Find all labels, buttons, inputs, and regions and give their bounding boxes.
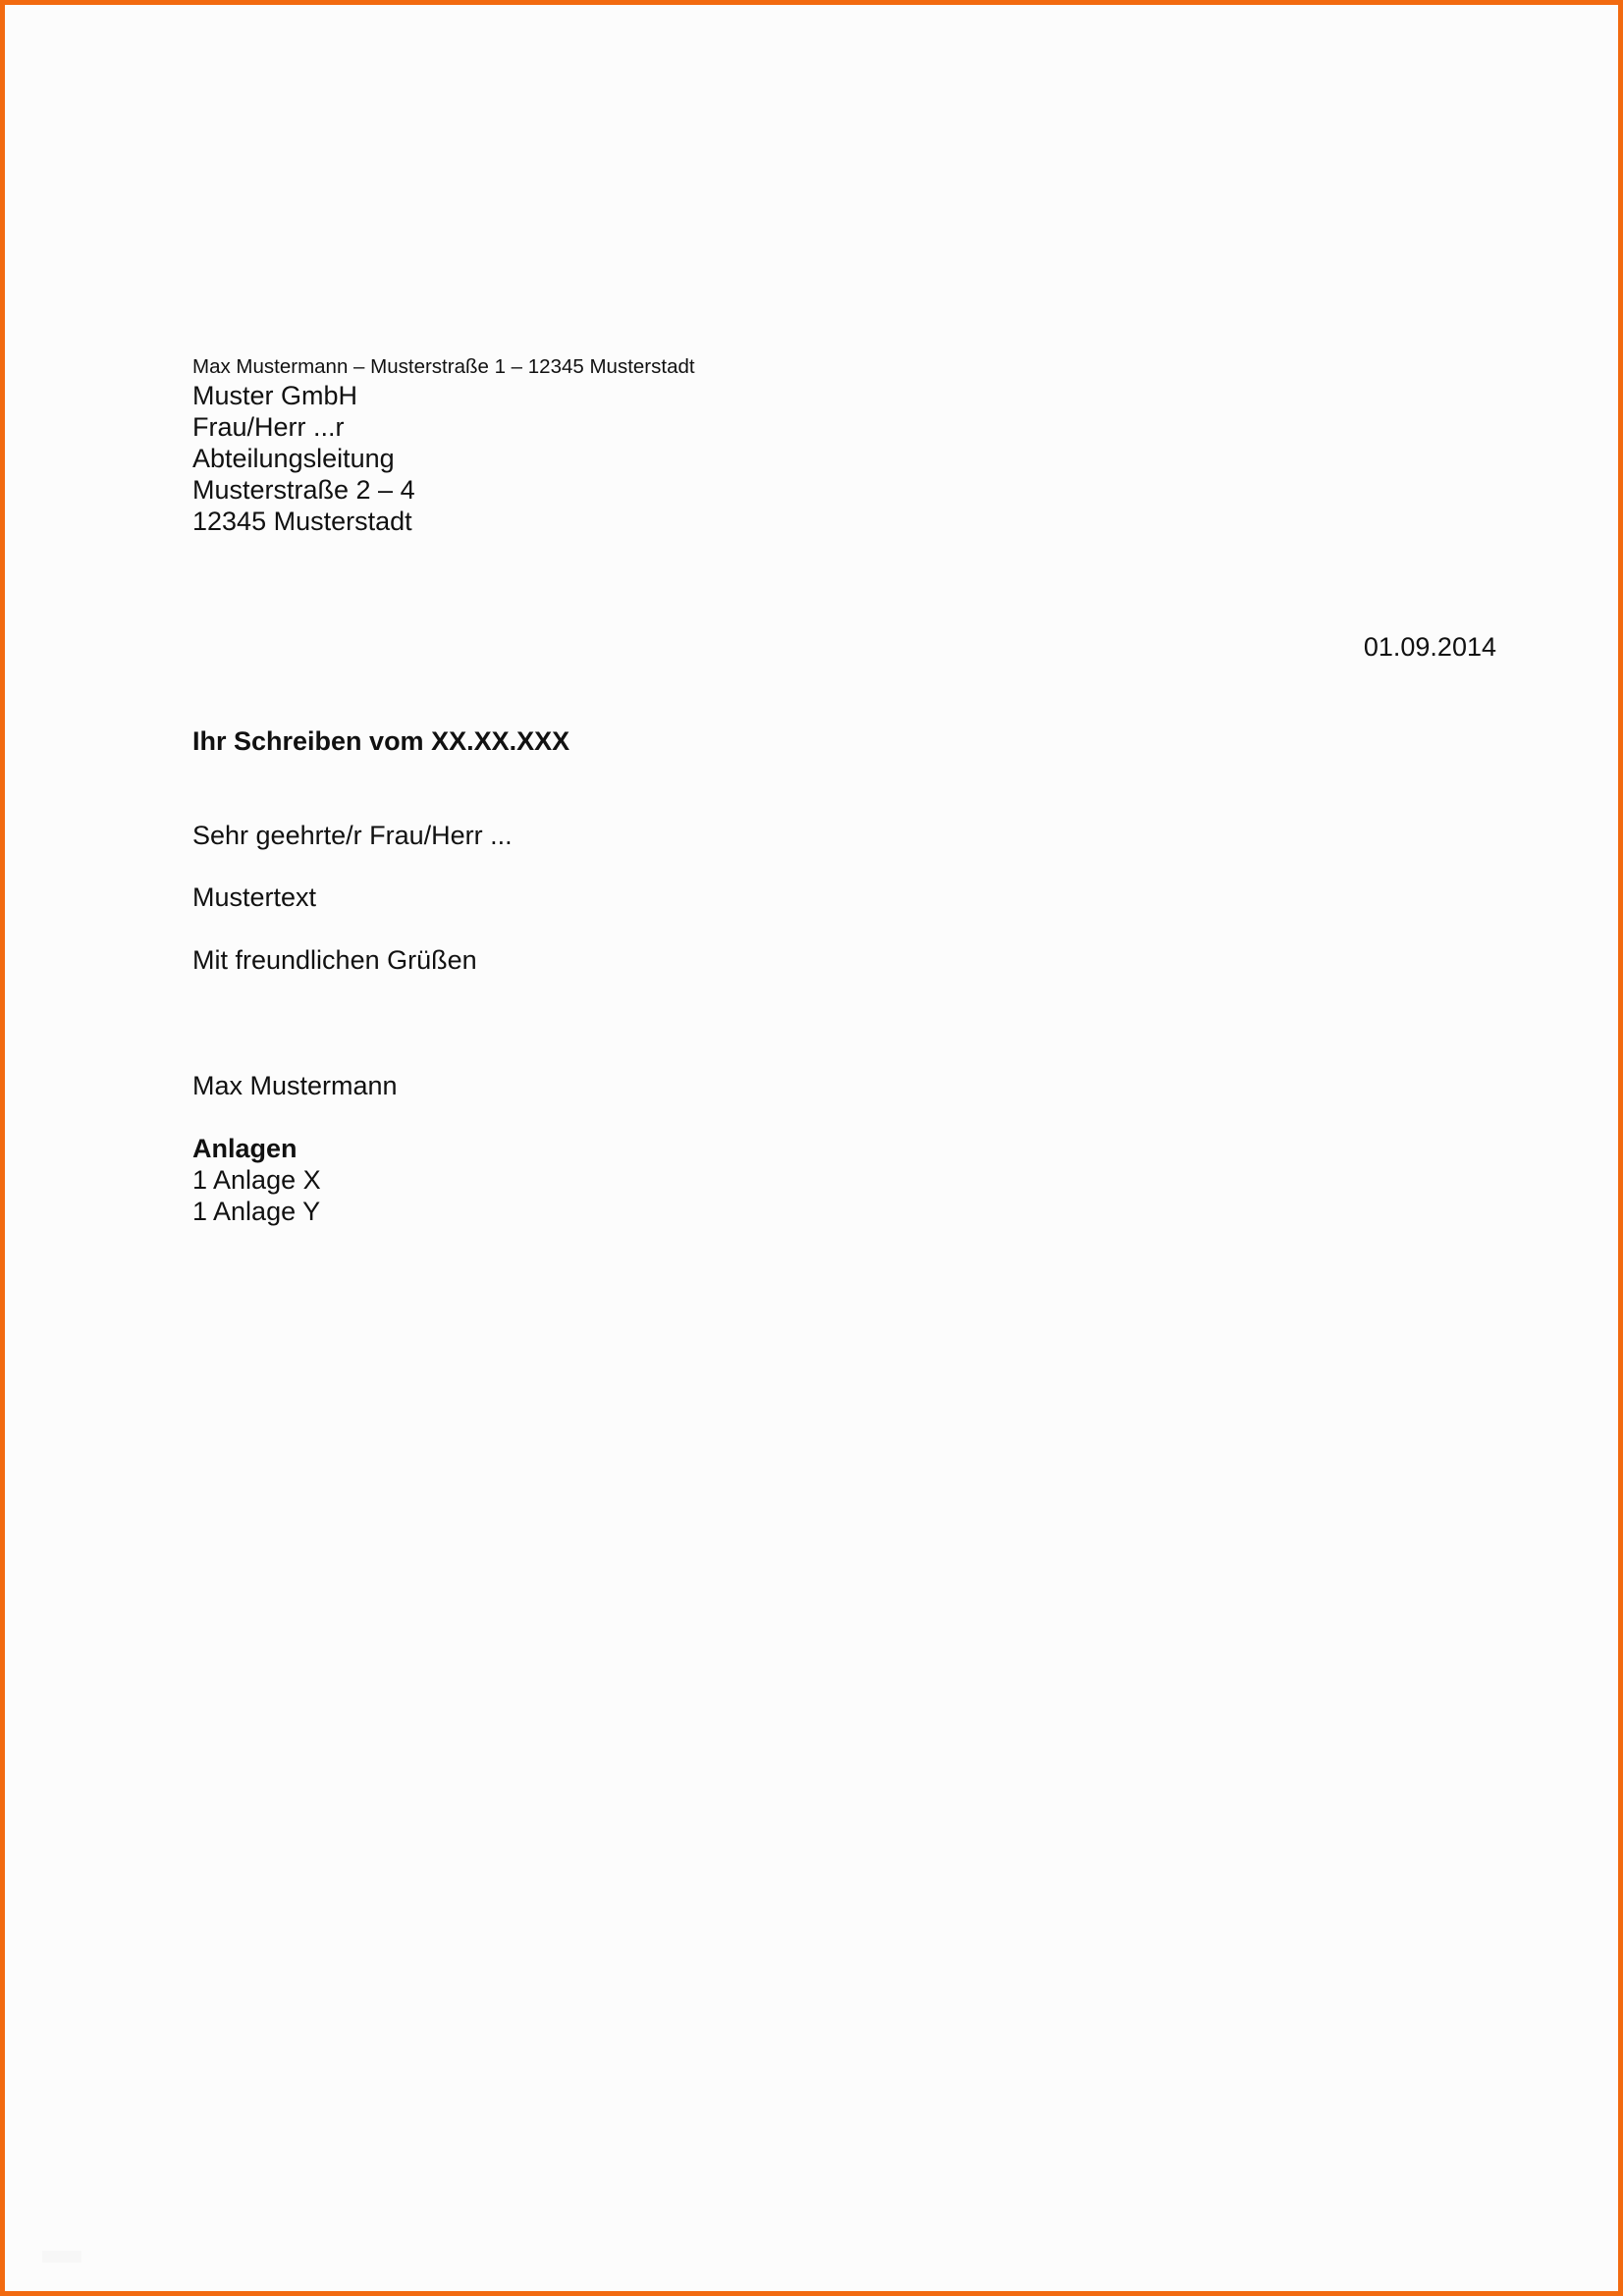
- letter-page: Max Mustermann – Musterstraße 1 – 12345 …: [0, 0, 1623, 2296]
- sender-return-address: Max Mustermann – Musterstraße 1 – 12345 …: [192, 355, 695, 379]
- letter-subject: Ihr Schreiben vom XX.XX.XXX: [192, 725, 569, 757]
- faint-watermark: [42, 2251, 81, 2263]
- enclosure-item: 1 Anlage Y: [192, 1196, 320, 1227]
- enclosure-item: 1 Anlage X: [192, 1164, 321, 1196]
- recipient-person: Frau/Herr ...r: [192, 411, 345, 443]
- recipient-city: 12345 Musterstadt: [192, 506, 412, 537]
- letter-date: 01.09.2014: [1364, 631, 1496, 663]
- recipient-company: Muster GmbH: [192, 380, 357, 411]
- recipient-street: Musterstraße 2 – 4: [192, 474, 415, 506]
- letter-salutation: Sehr geehrte/r Frau/Herr ...: [192, 820, 513, 851]
- letter-signature-name: Max Mustermann: [192, 1070, 398, 1101]
- letter-closing: Mit freundlichen Grüßen: [192, 944, 477, 976]
- enclosures-heading: Anlagen: [192, 1133, 298, 1164]
- recipient-department: Abteilungsleitung: [192, 443, 395, 474]
- letter-body-text: Mustertext: [192, 881, 316, 913]
